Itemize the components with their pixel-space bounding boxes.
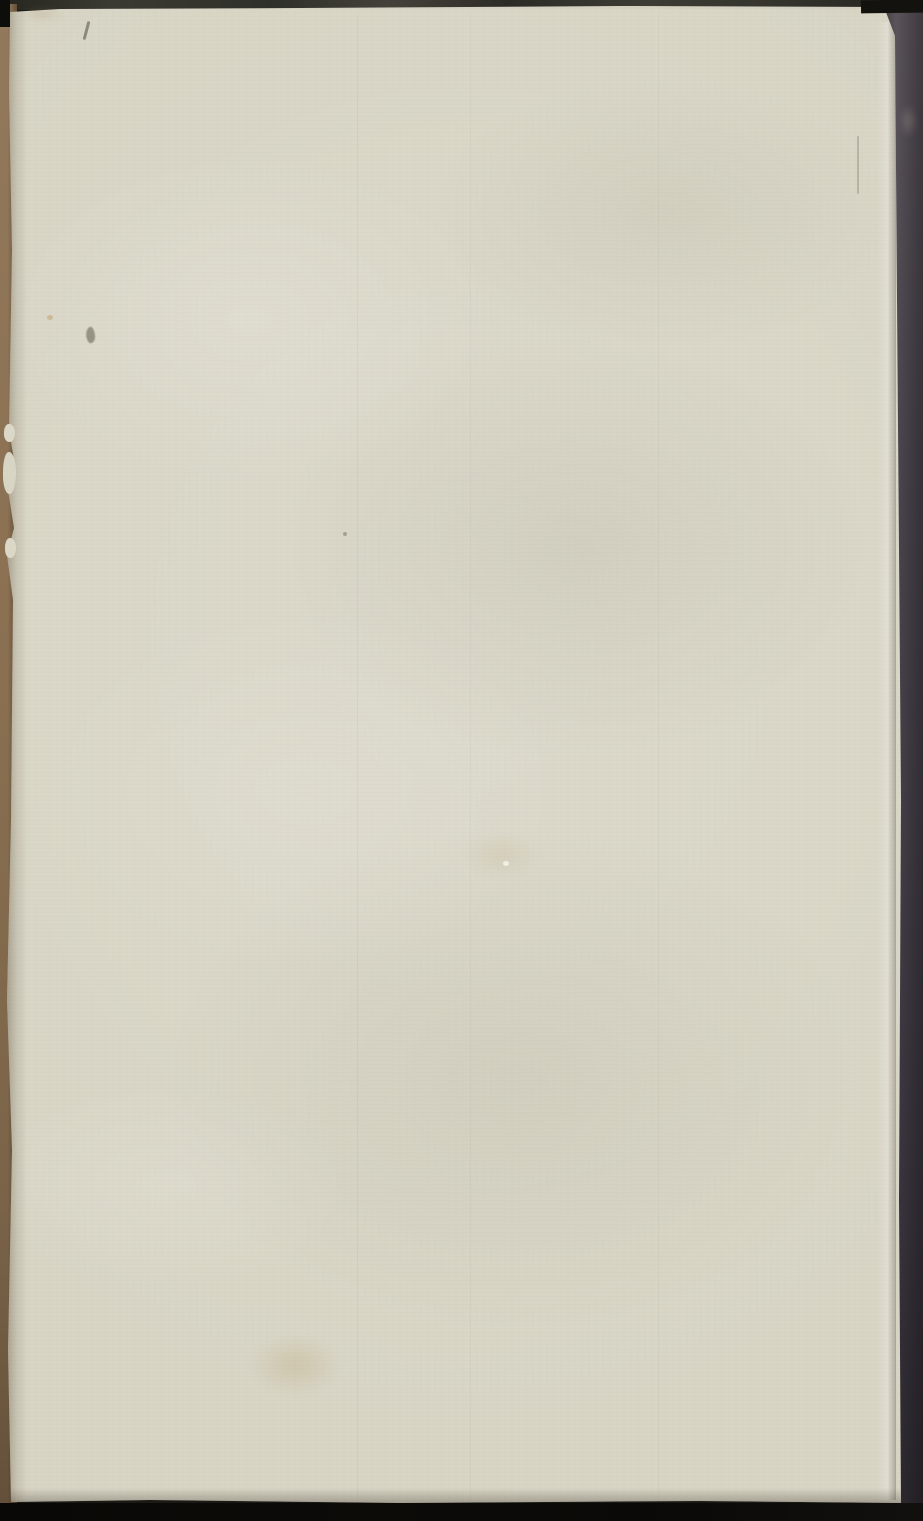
page-bottom-shadow (8, 1488, 901, 1504)
page-edge-highlight (877, 22, 896, 1500)
page-paper-grain (0, 0, 923, 1521)
scan-bottom-band (0, 1503, 923, 1521)
scan-corner-block-right (861, 0, 923, 13)
blank-page (0, 0, 923, 1521)
scan-corner-block-left (0, 0, 10, 27)
book-scan (0, 0, 923, 1521)
